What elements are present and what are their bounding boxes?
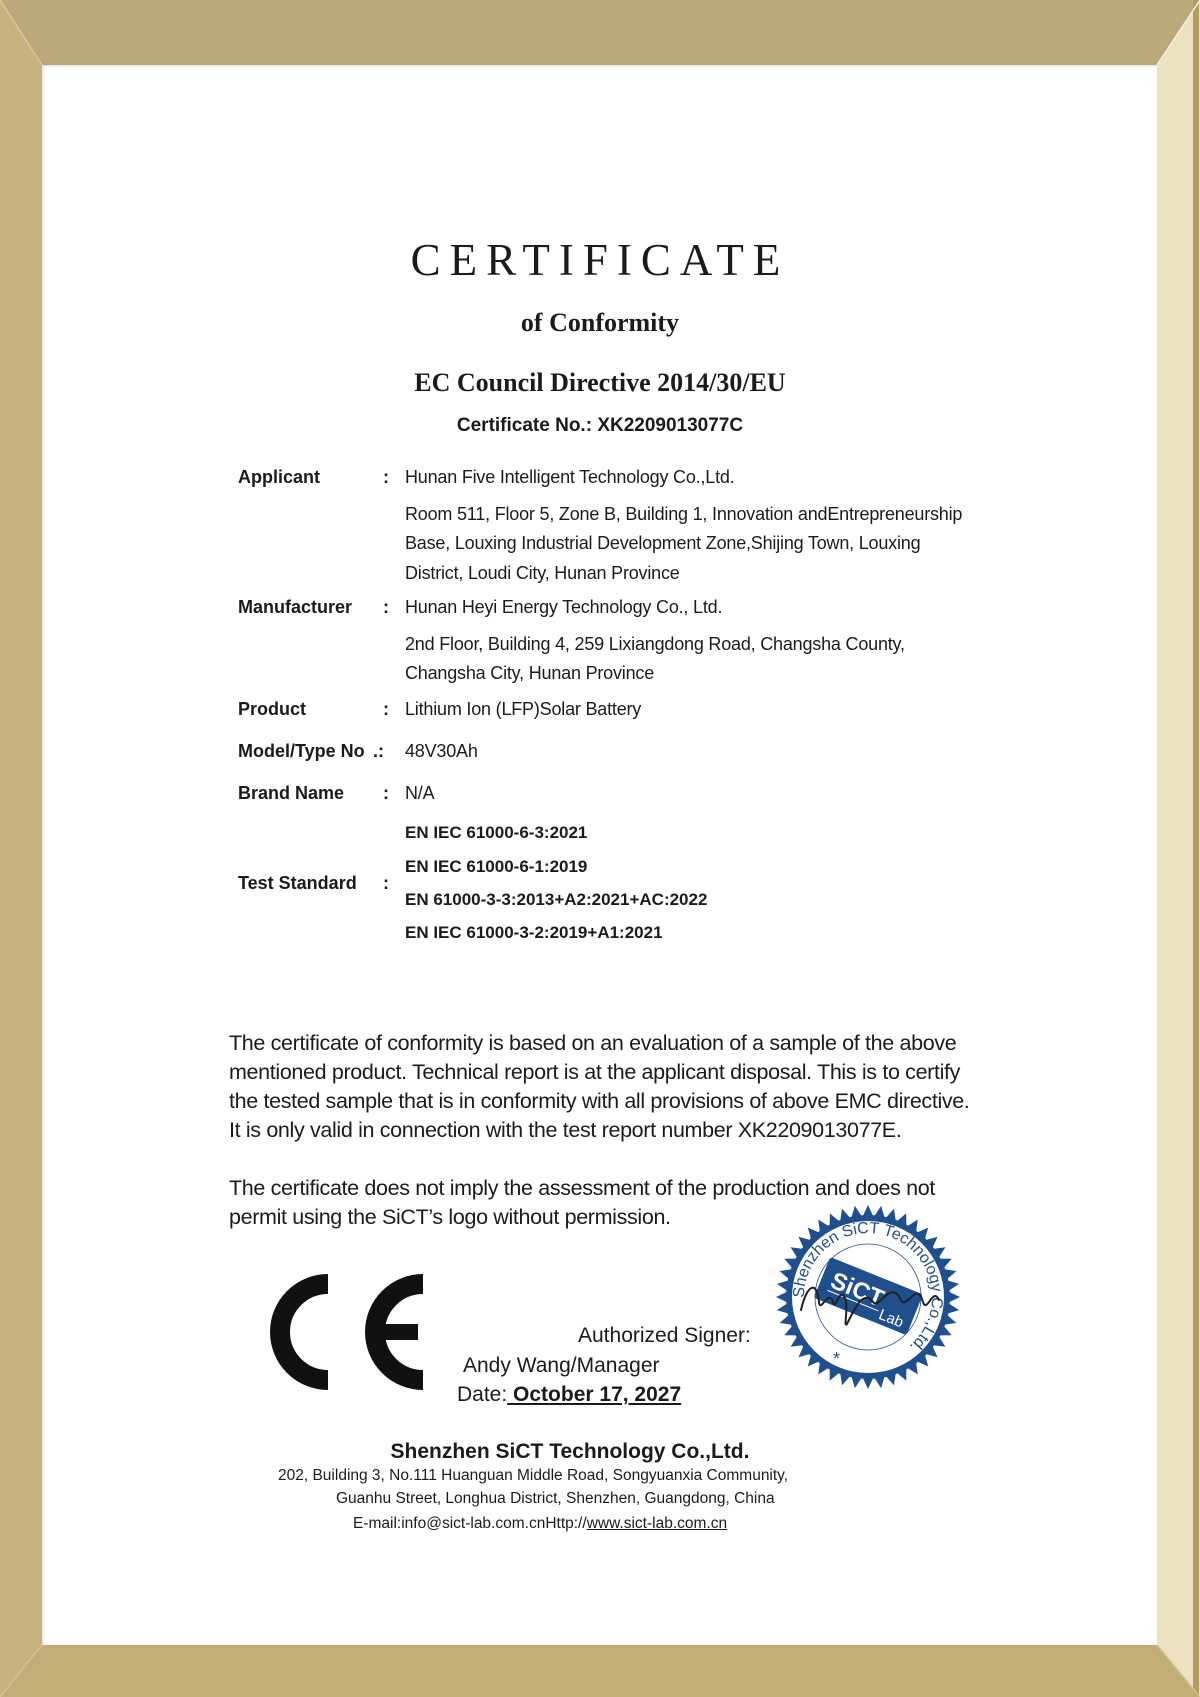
- applicant-address-line: Room 511, Floor 5, Zone B, Building 1, I…: [405, 505, 962, 523]
- product-value: Lithium Ion (LFP)Solar Battery: [405, 700, 641, 718]
- brand-label: Brand Name: [238, 784, 344, 802]
- ce-mark-icon: [258, 1272, 428, 1397]
- authorized-signer-label: Authorized Signer:: [578, 1325, 751, 1346]
- applicant-label: Applicant: [238, 468, 320, 486]
- test-standard-item: EN IEC 61000-6-1:2019: [405, 858, 587, 875]
- statement-line: the tested sample that is in conformity …: [229, 1087, 1049, 1116]
- company-seal-icon: Shenzhen SiCT Technology Co.,Ltd. SiCT L…: [773, 1202, 963, 1397]
- certificate-title: CERTIFICATE: [0, 238, 1200, 283]
- certificate-number-value: XK2209013077C: [597, 415, 743, 436]
- certificate-subtitle: of Conformity: [0, 310, 1200, 336]
- date-label: Date:: [457, 1383, 507, 1406]
- certificate-number: Certificate No.: XK2209013077C: [0, 416, 1200, 435]
- statement-line: The certificate does not imply the asses…: [229, 1174, 1049, 1203]
- date-value: October 17, 2027: [507, 1383, 681, 1406]
- email-link[interactable]: info@sict-lab.com.cn: [401, 1515, 545, 1532]
- manufacturer-address-line: Changsha City, Hunan Province: [405, 664, 654, 682]
- applicant-name: Hunan Five Intelligent Technology Co.,Lt…: [405, 468, 734, 486]
- manufacturer-address-line: 2nd Floor, Building 4, 259 Lixiangdong R…: [405, 635, 905, 653]
- statement-line: mentioned product. Technical report is a…: [229, 1058, 1049, 1087]
- brand-colon: :: [383, 784, 389, 802]
- issuer-address-line: Guanhu Street, Longhua District, Shenzhe…: [336, 1491, 775, 1507]
- brand-value: N/A: [405, 784, 434, 802]
- applicant-colon: :: [383, 468, 389, 486]
- signer-name: Andy Wang/Manager: [463, 1355, 660, 1376]
- test-standard-item: EN IEC 61000-3-2:2019+A1:2021: [405, 924, 663, 941]
- certificate-number-label: Certificate No.:: [457, 415, 592, 436]
- svg-text:*: *: [833, 1349, 840, 1369]
- test-standard-label: Test Standard: [238, 874, 357, 892]
- issuer-company-name: Shenzhen SiCT Technology Co.,Ltd.: [0, 1441, 1140, 1462]
- model-label: Model/Type No: [238, 742, 365, 760]
- manufacturer-name: Hunan Heyi Energy Technology Co., Ltd.: [405, 598, 722, 616]
- signing-date: Date: October 17, 2027: [457, 1384, 681, 1405]
- website-link[interactable]: www.sict-lab.com.cn: [587, 1515, 727, 1532]
- product-label: Product: [238, 700, 306, 718]
- email-label: E-mail:: [353, 1515, 401, 1532]
- web-label: Http://: [545, 1515, 586, 1532]
- issuer-address-line: 202, Building 3, No.111 Huanguan Middle …: [278, 1468, 788, 1484]
- test-standard-item: EN 61000-3-3:2013+A2:2021+AC:2022: [405, 891, 707, 908]
- certificate-paper: [42, 65, 1157, 1645]
- issuer-contact: E-mail:info@sict-lab.com.cnHttp://www.si…: [353, 1516, 727, 1532]
- test-standard-colon: :: [383, 874, 389, 892]
- conformity-statement: The certificate of conformity is based o…: [229, 1029, 1049, 1145]
- model-value: 48V30Ah: [405, 742, 478, 760]
- statement-line: The certificate of conformity is based o…: [229, 1029, 1049, 1058]
- test-standard-item: EN IEC 61000-6-3:2021: [405, 824, 587, 841]
- product-colon: :: [383, 700, 389, 718]
- directive-title: EC Council Directive 2014/30/EU: [0, 370, 1200, 396]
- manufacturer-label: Manufacturer: [238, 598, 352, 616]
- applicant-address-line: Base, Louxing Industrial Development Zon…: [405, 534, 920, 552]
- manufacturer-colon: :: [383, 598, 389, 616]
- statement-line: It is only valid in connection with the …: [229, 1116, 1049, 1145]
- applicant-address-line: District, Loudi City, Hunan Province: [405, 564, 680, 582]
- model-colon: .:: [373, 742, 384, 760]
